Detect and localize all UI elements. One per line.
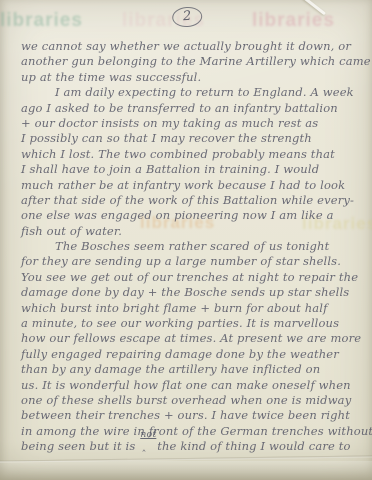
letter-line: You see we get out of our trenches at ni… [21,270,370,285]
letter-line: which burst into bright flame + burn for… [21,301,370,316]
letter-line: I shall have to join a Battalion in trai… [21,162,370,177]
letter-line: damage done by day + the Bosche sends up… [21,285,370,300]
page-number: 2 [172,5,202,27]
caret-icon: ‸ [142,441,146,453]
watermark-text: libraries [0,10,83,32]
letter-line: a minute, to see our working parties. It… [21,316,370,331]
letter-line: fully engaged repairing damage done by t… [21,347,370,362]
letter-line: we cannot say whether we actually brough… [21,39,370,54]
letter-line: + our doctor insists on my taking as muc… [21,116,370,131]
letter-line: one of these shells burst overhead when … [21,393,370,408]
letter-line: up at the time was successful. [21,70,370,85]
letter-line: The Bosches seem rather scared of us ton… [21,239,370,254]
letter-line: fish out of water. [21,224,370,239]
letter-line: in among the wire in front of the German… [21,424,370,439]
paper-fold-shadow [0,461,372,480]
letter-line: how our fellows escape at times. At pres… [21,331,370,346]
letter-line: being seen but it is ‸notthe kind of thi… [21,439,370,454]
letter-line: much rather be at infantry work because … [21,178,370,193]
letter-line: ago I asked to be transferred to an infa… [21,101,370,116]
letter-line: one else was engaged on pioneering now I… [21,208,370,223]
letter-line: another gun belonging to the Marine Arti… [21,54,370,69]
letter-line: than by any damage the artillery have in… [21,362,370,377]
letter-line: between their trenches + ours. I have tw… [21,408,370,423]
letter-line: for they are sending up a large number o… [21,254,370,269]
letter-line: which I lost. The two combined probably … [21,147,370,162]
letter-line: after that side of the work of this Batt… [21,193,370,208]
paper-corner-crease [302,0,326,15]
page-number-circle: 2 [172,6,203,28]
letter-line: I possibly can so that I may recover the… [21,131,370,146]
letter-line: I am daily expecting to return to Englan… [21,85,370,100]
letter-body: we cannot say whether we actually brough… [21,39,370,455]
insertion-mark: ‸not [139,439,157,454]
letter-line: us. It is wonderful how flat one can mak… [21,378,370,393]
inserted-word: not [140,430,156,440]
letter-page: libraries libraries libraries libraries … [0,0,372,480]
